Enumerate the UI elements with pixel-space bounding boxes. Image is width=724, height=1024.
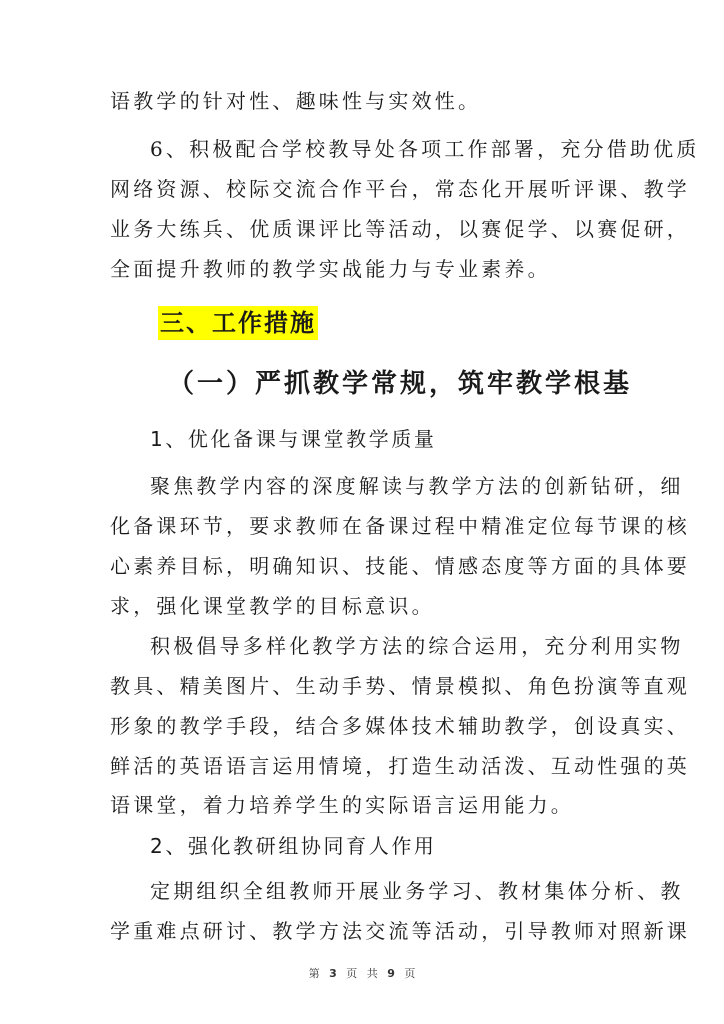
item6-line: 全面提升教师的教学实战能力与专业素养。 [110, 256, 551, 282]
page-footer: 第 3 页 共 9 页 [0, 965, 724, 981]
document-page: 语教学的针对性、趣味性与实效性。 6、积极配合学校教导处各项工作部署，充分借助优… [0, 0, 724, 1024]
subsection-heading: （一）严抓教学常规，筑牢教学根基 [168, 366, 632, 402]
point1-para1-line: 聚焦教学内容的深度解读与教学方法的创新钻研，细 [150, 473, 684, 499]
current-page-number: 3 [329, 967, 337, 980]
item6-line: 6、积极配合学校教导处各项工作部署，充分借助优质 [150, 136, 700, 162]
total-pages-number: 9 [387, 967, 395, 980]
footer-total-word: 共 [367, 967, 378, 980]
point1-para2-line: 鲜活的英语语言运用情境，打造生动活泼、互动性强的英 [110, 753, 690, 779]
point1-para2-line: 教具、精美图片、生动手势、情景模拟、角色扮演等直观 [110, 673, 690, 699]
point1-para2-line: 形象的教学手段，结合多媒体技术辅助教学，创设真实、 [110, 713, 690, 739]
section-heading: 三、工作措施 [158, 306, 318, 340]
item6-line: 业务大练兵、优质课评比等活动，以赛促学、以赛促研， [110, 216, 690, 242]
point1-para1-line: 求，强化课堂教学的目标意识。 [110, 593, 435, 619]
point1-title: 1、优化备课与课堂教学质量 [150, 426, 437, 452]
paragraph-line: 语教学的针对性、趣味性与实效性。 [110, 88, 481, 114]
point2-title: 2、强化教研组协同育人作用 [150, 833, 437, 859]
point1-para1-line: 心素养目标，明确知识、技能、情感态度等方面的具体要 [110, 553, 690, 579]
footer-prefix: 第 [309, 967, 320, 980]
item6-line: 网络资源、校际交流合作平台，常态化开展听评课、教学 [110, 176, 690, 202]
point1-para2-line: 积极倡导多样化教学方法的综合运用，充分利用实物 [150, 633, 684, 659]
footer-suffix: 页 [404, 967, 415, 980]
point1-para1-line: 化备课环节，要求教师在备课过程中精准定位每节课的核 [110, 513, 690, 539]
point1-para2-line: 语课堂，着力培养学生的实际语言运用能力。 [110, 792, 574, 818]
point2-para1-line: 定期组织全组教师开展业务学习、教材集体分析、教 [150, 878, 684, 904]
point2-para1-line: 学重难点研讨、教学方法交流等活动，引导教师对照新课 [110, 918, 690, 944]
footer-page-word: 页 [346, 967, 357, 980]
